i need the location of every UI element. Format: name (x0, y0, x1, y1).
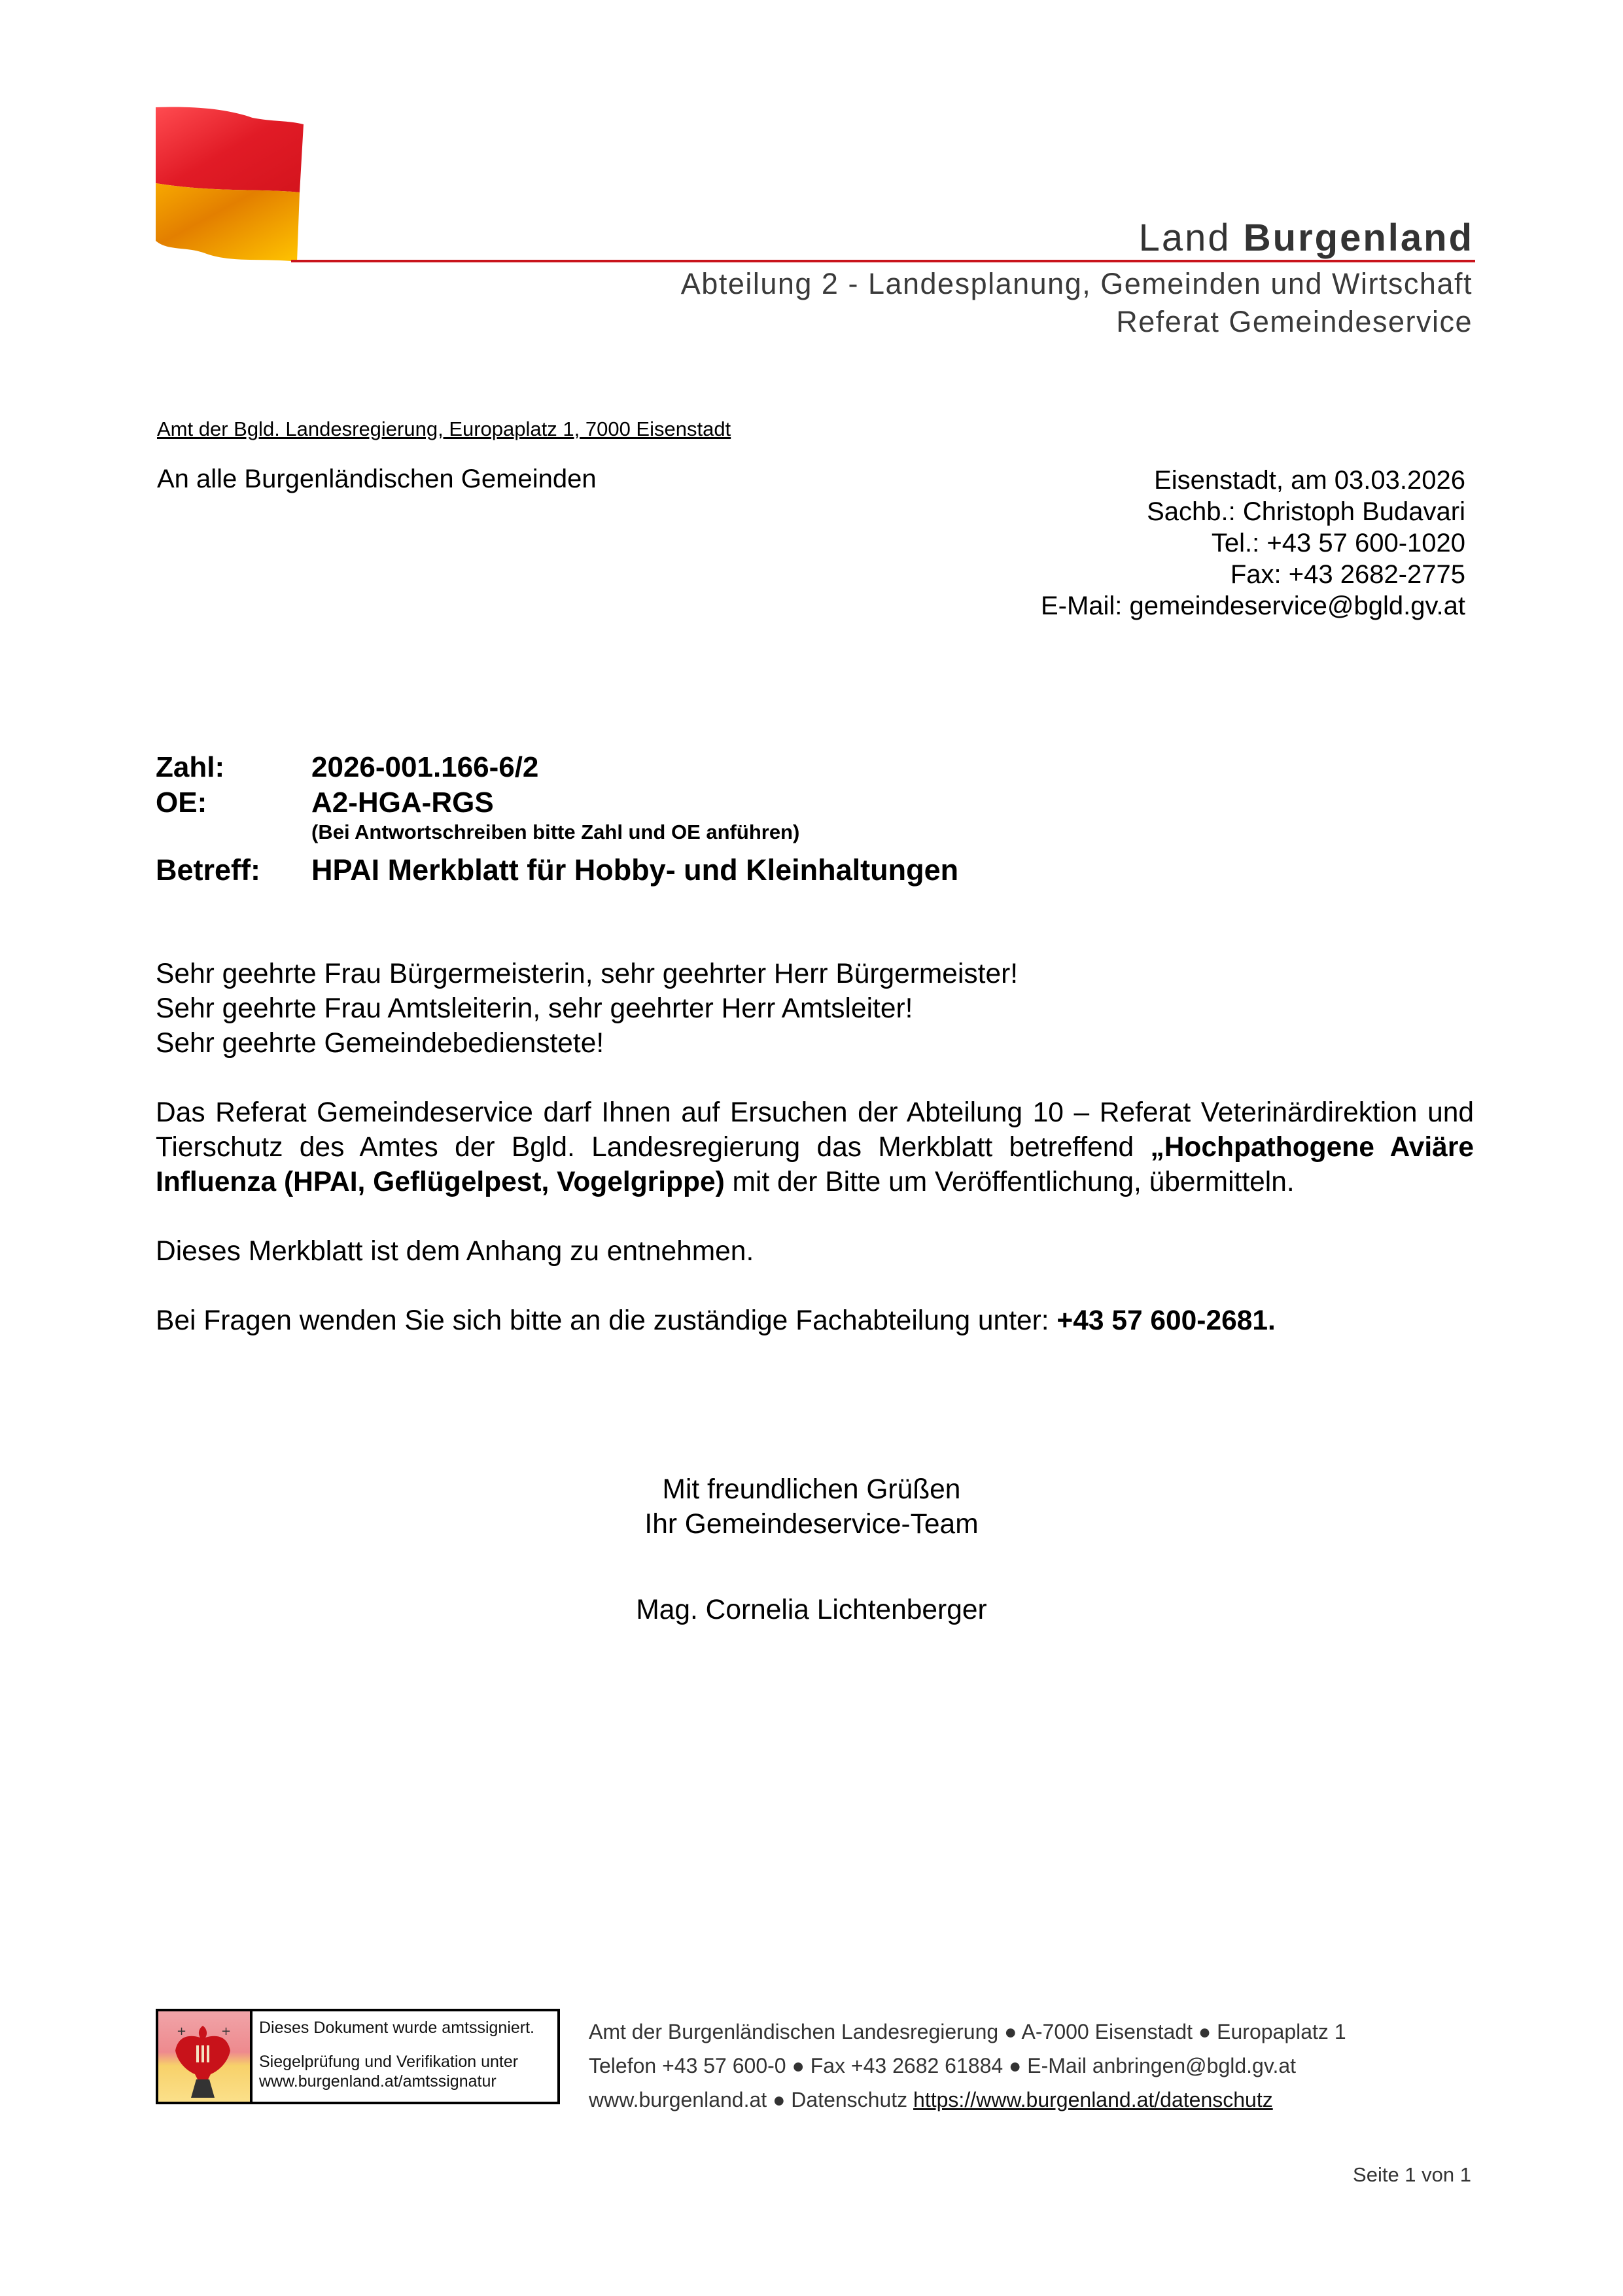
brand-title: Land Burgenland (1139, 216, 1474, 260)
paragraph-main: Das Referat Gemeindeservice darf Ihnen a… (156, 1095, 1474, 1199)
clerk: Sachb.: Christoph Budavari (1041, 496, 1465, 527)
zahl-value: 2026-001.166-6/2 (311, 750, 538, 785)
burgenland-flag-logo (154, 106, 305, 263)
salutation-line: Sehr geehrte Frau Amtsleiterin, sehr gee… (156, 991, 1474, 1026)
sender-address: Amt der Bgld. Landesregierung, Europapla… (157, 417, 731, 441)
reference-hint: (Bei Antwortschreiben bitte Zahl und OE … (156, 821, 958, 844)
closing: Mit freundlichen Grüßen Ihr Gemeindeserv… (0, 1472, 1623, 1627)
salutation-line: Sehr geehrte Gemeindebedienstete! (156, 1026, 1474, 1061)
seal-line-2: Siegelprüfung und Verifikation unter (259, 2052, 534, 2072)
zahl-label: Zahl: (156, 750, 311, 785)
fax: Fax: +43 2682-2775 (1041, 559, 1465, 590)
unit-name: Referat Gemeindeservice (1116, 305, 1473, 339)
salutation: Sehr geehrte Frau Bürgermeisterin, sehr … (156, 957, 1474, 1061)
department-name: Abteilung 2 - Landesplanung, Gemeinden u… (681, 267, 1473, 301)
paragraph-contact: Bei Fragen wenden Sie sich bitte an die … (156, 1303, 1474, 1338)
footer-phone-fax-email: Telefon +43 57 600-0 ● Fax +43 2682 6188… (589, 2049, 1346, 2083)
subject-row: Betreff: HPAI Merkblatt für Hobby- und K… (156, 853, 958, 887)
email[interactable]: E-Mail: gemeindeservice@bgld.gv.at (1041, 590, 1465, 622)
signatory: Mag. Cornelia Lichtenberger (0, 1593, 1623, 1627)
seal-text: Dieses Dokument wurde amtssigniert. Sieg… (253, 2011, 534, 2102)
footer-address: Amt der Burgenländischen Landesregierung… (589, 2015, 1346, 2049)
recipient: An alle Burgenländischen Gemeinden (157, 465, 597, 494)
closing-team: Ihr Gemeindeservice-Team (0, 1507, 1623, 1542)
header-divider (291, 260, 1475, 262)
footer-contact: Amt der Burgenländischen Landesregierung… (589, 2015, 1346, 2117)
letter-body: Sehr geehrte Frau Bürgermeisterin, sehr … (156, 957, 1474, 1338)
oe-label: OE: (156, 785, 311, 821)
seal-line-1: Dieses Dokument wurde amtssigniert. (259, 2018, 534, 2038)
official-seal: + + Dieses Dokument wurde amtssigniert. … (156, 2009, 560, 2104)
svg-text:+: + (177, 2024, 186, 2038)
phone: Tel.: +43 57 600-1020 (1041, 527, 1465, 559)
page-number: Seite 1 von 1 (1353, 2163, 1471, 2187)
letter-meta: Eisenstadt, am 03.03.2026 Sachb.: Christ… (1041, 465, 1465, 622)
privacy-link[interactable]: https://www.burgenland.at/datenschutz (913, 2088, 1273, 2111)
reference-block: Zahl: 2026-001.166-6/2 OE: A2-HGA-RGS (B… (156, 750, 958, 887)
coat-of-arms-icon: + + (158, 2011, 253, 2102)
svg-text:+: + (221, 2024, 231, 2038)
footer-web: www.burgenland.at ● Datenschutz https://… (589, 2083, 1346, 2117)
subject-label: Betreff: (156, 853, 311, 887)
closing-greeting: Mit freundlichen Grüßen (0, 1472, 1623, 1507)
paragraph-attachment: Dieses Merkblatt ist dem Anhang zu entne… (156, 1234, 1474, 1269)
oe-value: A2-HGA-RGS (311, 785, 494, 821)
place-date: Eisenstadt, am 03.03.2026 (1041, 465, 1465, 496)
subject-value: HPAI Merkblatt für Hobby- und Kleinhaltu… (311, 853, 958, 887)
zahl-row: Zahl: 2026-001.166-6/2 (156, 750, 958, 785)
seal-line-3[interactable]: www.burgenland.at/amtssignatur (259, 2072, 534, 2091)
salutation-line: Sehr geehrte Frau Bürgermeisterin, sehr … (156, 957, 1474, 991)
oe-row: OE: A2-HGA-RGS (156, 785, 958, 821)
